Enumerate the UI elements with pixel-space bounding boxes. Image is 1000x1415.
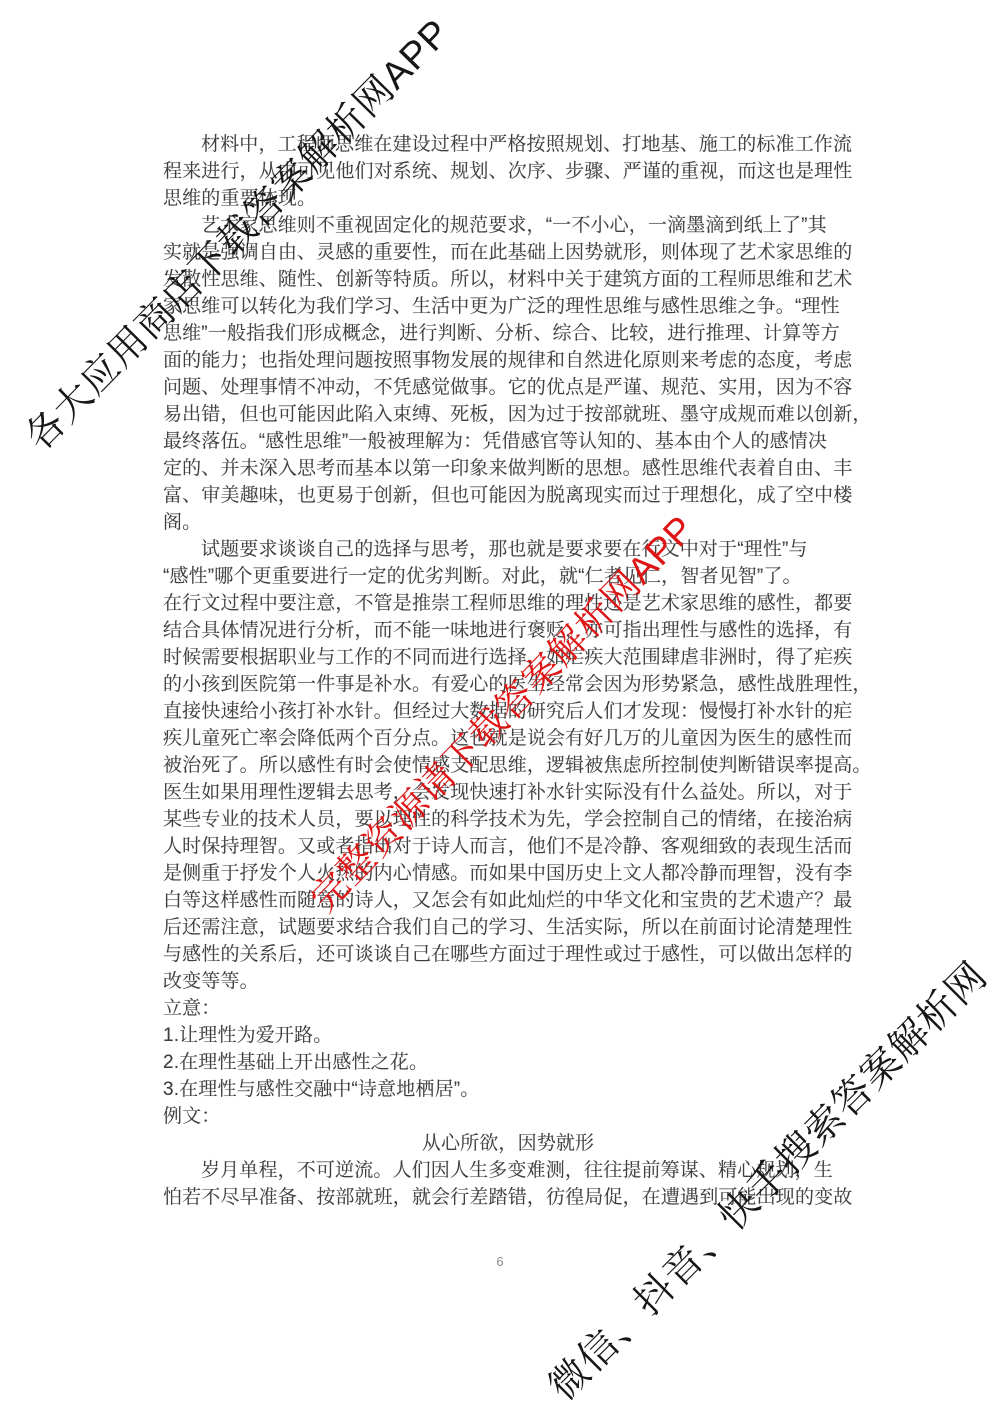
- text-line: 试题要求谈谈自己的选择与思考，那也就是要求要在行文中对于“理性”与: [163, 536, 853, 563]
- text-line: 思维的重要体现。: [163, 185, 853, 212]
- text-line: 人时保持理智。又或者指出对于诗人而言，他们不是冷静、客观细致的表现生活而: [163, 833, 853, 860]
- text-line: 问题、处理事情不冲动，不凭感觉做事。它的优点是严谨、规范、实用，因为不容: [163, 374, 853, 401]
- text-line: 定的、并未深入思考而基本以第一印象来做判断的思想。感性思维代表着自由、丰: [163, 455, 853, 482]
- liyi-item-2: 2.在理性基础上开出感性之花。: [163, 1049, 853, 1076]
- text-line: 疾儿童死亡率会降低两个百分点。这也就是说会有好几万的儿童因为医生的感性而: [163, 725, 853, 752]
- text-line: 易出错，但也可能因此陷入束缚、死板，因为过于按部就班、墨守成规而难以创新，: [163, 401, 853, 428]
- text-line: 材料中，工程师思维在建设过程中严格按照规划、打地基、施工的标准工作流: [163, 131, 853, 158]
- text-line: 富、审美趣味，也更易于创新，但也可能因为脱离现实而过于理想化，成了空中楼: [163, 482, 853, 509]
- text-line: 医生如果用理性逻辑去思考，会发现快速打补水针实际没有什么益处。所以，对于: [163, 779, 853, 806]
- text-line: 发散性思维、随性、创新等特质。所以，材料中关于建筑方面的工程师思维和艺术: [163, 266, 853, 293]
- document-page: 材料中，工程师思维在建设过程中严格按照规划、打地基、施工的标准工作流 程来进行，…: [0, 0, 1000, 1415]
- text-line: 怕若不尽早准备、按部就班，就会行差踏错，彷徨局促，在遭遇到可能出现的变故: [163, 1184, 853, 1211]
- text-line: 结合具体情况进行分析，而不能一味地进行褒贬，亦可指出理性与感性的选择，有: [163, 617, 853, 644]
- heading-liwen: 例文：: [163, 1103, 853, 1130]
- text-line: 最终落伍。“感性思维”一般被理解为：凭借感官等认知的、基本由个人的感情决: [163, 428, 853, 455]
- text-line: 家思维可以转化为我们学习、生活中更为广泛的理性思维与感性思维之争。“理性: [163, 293, 853, 320]
- text-line: 实就是强调自由、灵感的重要性，而在此基础上因势就形，则体现了艺术家思维的: [163, 239, 853, 266]
- essay-title: 从心所欲，因势就形: [163, 1130, 853, 1157]
- text-line: 白等这样感性而随意的诗人，又怎会有如此灿烂的中华文化和宝贵的艺术遗产？最: [163, 887, 853, 914]
- text-line: 被治死了。所以感性有时会使情感支配思维，逻辑被焦虑所控制使判断错误率提高。: [163, 752, 853, 779]
- heading-liyi: 立意：: [163, 995, 853, 1022]
- text-line: 的小孩到医院第一件事是补水。有爱心的医生经常会因为形势紧急，感性战胜理性，: [163, 671, 853, 698]
- text-line: 岁月单程，不可逆流。人们因人生多变难测，往往提前筹谋、精心规划，生: [163, 1157, 853, 1184]
- text-line: 面的能力；也指处理问题按照事物发展的规律和自然进化原则来考虑的态度，考虑: [163, 347, 853, 374]
- essay-analysis-text: 材料中，工程师思维在建设过程中严格按照规划、打地基、施工的标准工作流 程来进行，…: [163, 131, 853, 1211]
- text-line: 时候需要根据职业与工作的不同而进行选择，如疟疾大范围肆虐非洲时，得了疟疾: [163, 644, 853, 671]
- text-line: 是侧重于抒发个人火热的内心情感。而如果中国历史上文人都冷静而理智，没有李: [163, 860, 853, 887]
- page-number: 6: [490, 1254, 510, 1269]
- text-line: 改变等等。: [163, 968, 853, 995]
- text-line: 后还需注意，试题要求结合我们自己的学习、生活实际，所以在前面讨论清楚理性: [163, 914, 853, 941]
- liyi-item-3: 3.在理性与感性交融中“诗意地栖居”。: [163, 1076, 853, 1103]
- text-line: 某些专业的技术人员，要以理性的科学技术为先，学会控制自己的情绪，在接治病: [163, 806, 853, 833]
- liyi-item-1: 1.让理性为爱开路。: [163, 1022, 853, 1049]
- text-line: 直接快速给小孩打补水针。但经过大数据的研究后人们才发现：慢慢打补水针的疟: [163, 698, 853, 725]
- text-line: 与感性的关系后，还可谈谈自己在哪些方面过于理性或过于感性，可以做出怎样的: [163, 941, 853, 968]
- text-line: 在行文过程中要注意，不管是推崇工程师思维的理性还是艺术家思维的感性，都要: [163, 590, 853, 617]
- text-line: “感性”哪个更重要进行一定的优劣判断。对此，就“仁者见仁，智者见智”了。: [163, 563, 853, 590]
- text-line: 程来进行，从中可见他们对系统、规划、次序、步骤、严谨的重视，而这也是理性: [163, 158, 853, 185]
- text-line: 阁。: [163, 509, 853, 536]
- text-line: 艺术家思维则不重视固定化的规范要求，“一不小心，一滴墨滴到纸上了”其: [163, 212, 853, 239]
- text-line: 思维”一般指我们形成概念，进行判断、分析、综合、比较，进行推理、计算等方: [163, 320, 853, 347]
